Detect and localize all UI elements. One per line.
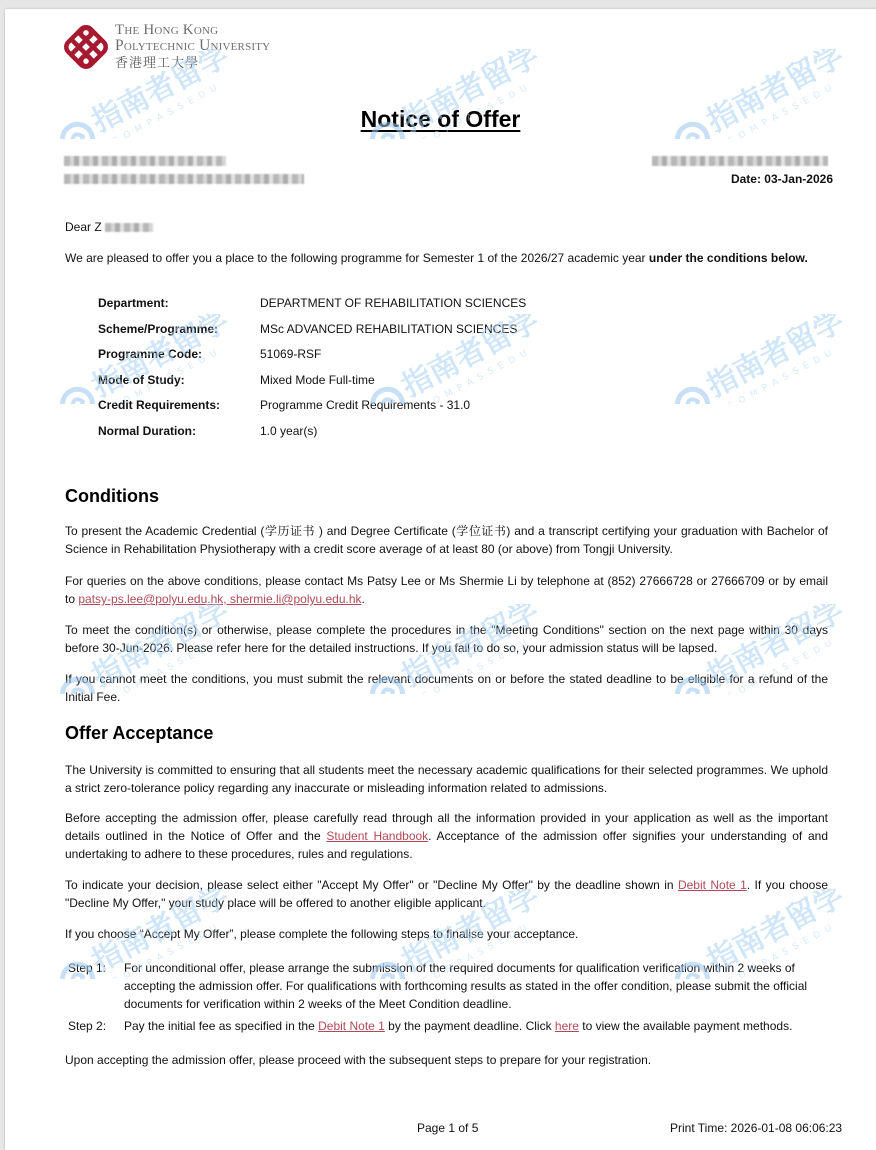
debit-note-link-step2[interactable]: Debit Note 1 [318,1019,385,1033]
university-name-line1: The Hong Kong [115,22,270,38]
accept-steps-intro: If you choose “Accept My Offer”, please … [65,925,828,943]
decision-paragraph: To indicate your decision, please select… [65,876,828,912]
university-name: The Hong Kong Polytechnic University 香港理… [115,22,270,71]
detail-label: Credit Requirements: [98,398,258,412]
step-1-label: Step 1: [68,959,123,977]
registration-paragraph: Upon accepting the admission offer, plea… [65,1051,828,1069]
detail-value: DEPARTMENT OF REHABILITATION SCIENCES [260,296,526,310]
document-page: The Hong Kong Polytechnic University 香港理… [5,9,876,1150]
detail-label: Programme Code: [98,347,258,361]
conditions-heading: Conditions [65,486,159,507]
payment-methods-link[interactable]: here [555,1019,579,1033]
detail-value: Programme Credit Requirements - 31.0 [260,398,470,412]
svg-text:指南者留学: 指南者留学 [701,314,850,404]
redacted-reference [652,156,828,166]
page-title: Notice of Offer [5,106,876,133]
polyu-logo-icon [59,20,113,74]
page-number: Page 1 of 5 [417,1121,478,1135]
detail-label: Department: [98,296,258,310]
zero-tolerance-paragraph: The University is committed to ensuring … [65,761,828,797]
redacted-address-line1 [64,156,226,166]
university-name-chinese: 香港理工大學 [115,55,270,71]
offer-date: Date: 03-Jan-2026 [731,170,833,188]
svg-text:COMPASSEDU: COMPASSEDU [421,346,534,404]
handbook-paragraph: Before accepting the admission offer, pl… [65,809,828,863]
salutation: Dear Z [65,218,153,236]
redacted-address-line2 [64,174,304,184]
condition-paragraph: To present the Academic Credential (学历证书… [65,522,828,558]
detail-label: Mode of Study: [98,373,258,387]
redacted-name [105,223,153,232]
queries-paragraph: For queries on the above conditions, ple… [65,572,828,608]
student-handbook-link[interactable]: Student Handbook [326,829,428,843]
refund-paragraph: If you cannot meet the conditions, you m… [65,670,828,706]
offer-acceptance-heading: Offer Acceptance [65,723,213,744]
detail-value: 1.0 year(s) [260,424,317,438]
svg-text:COMPASSEDU: COMPASSEDU [726,346,839,404]
detail-value: 51069-RSF [260,347,321,361]
step-2-label: Step 2: [68,1017,123,1035]
detail-value: MSc ADVANCED REHABILITATION SCIENCES [260,322,517,336]
step-1-text: For unconditional offer, please arrange … [124,959,838,1013]
debit-note-link[interactable]: Debit Note 1 [678,878,747,892]
detail-value: Mixed Mode Full-time [260,373,375,387]
step-2: Step 2: Pay the initial fee as specified… [68,1017,838,1035]
intro-paragraph: We are pleased to offer you a place to t… [65,249,828,267]
step-2-text: Pay the initial fee as specified in the … [124,1017,838,1035]
step-1: Step 1: For unconditional offer, please … [68,959,838,1013]
university-name-line2: Polytechnic University [115,38,270,54]
compassedu-watermark-icon: 指南者留学COMPASSEDU [650,314,850,404]
contact-email-link[interactable]: patsy-ps.lee@polyu.edu.hk, shermie.li@po… [78,592,361,606]
meeting-conditions-paragraph: To meet the condition(s) or otherwise, p… [65,621,828,657]
detail-label: Scheme/Programme: [98,322,258,336]
detail-label: Normal Duration: [98,424,258,438]
print-time: Print Time: 2026-01-08 06:06:23 [670,1121,842,1135]
